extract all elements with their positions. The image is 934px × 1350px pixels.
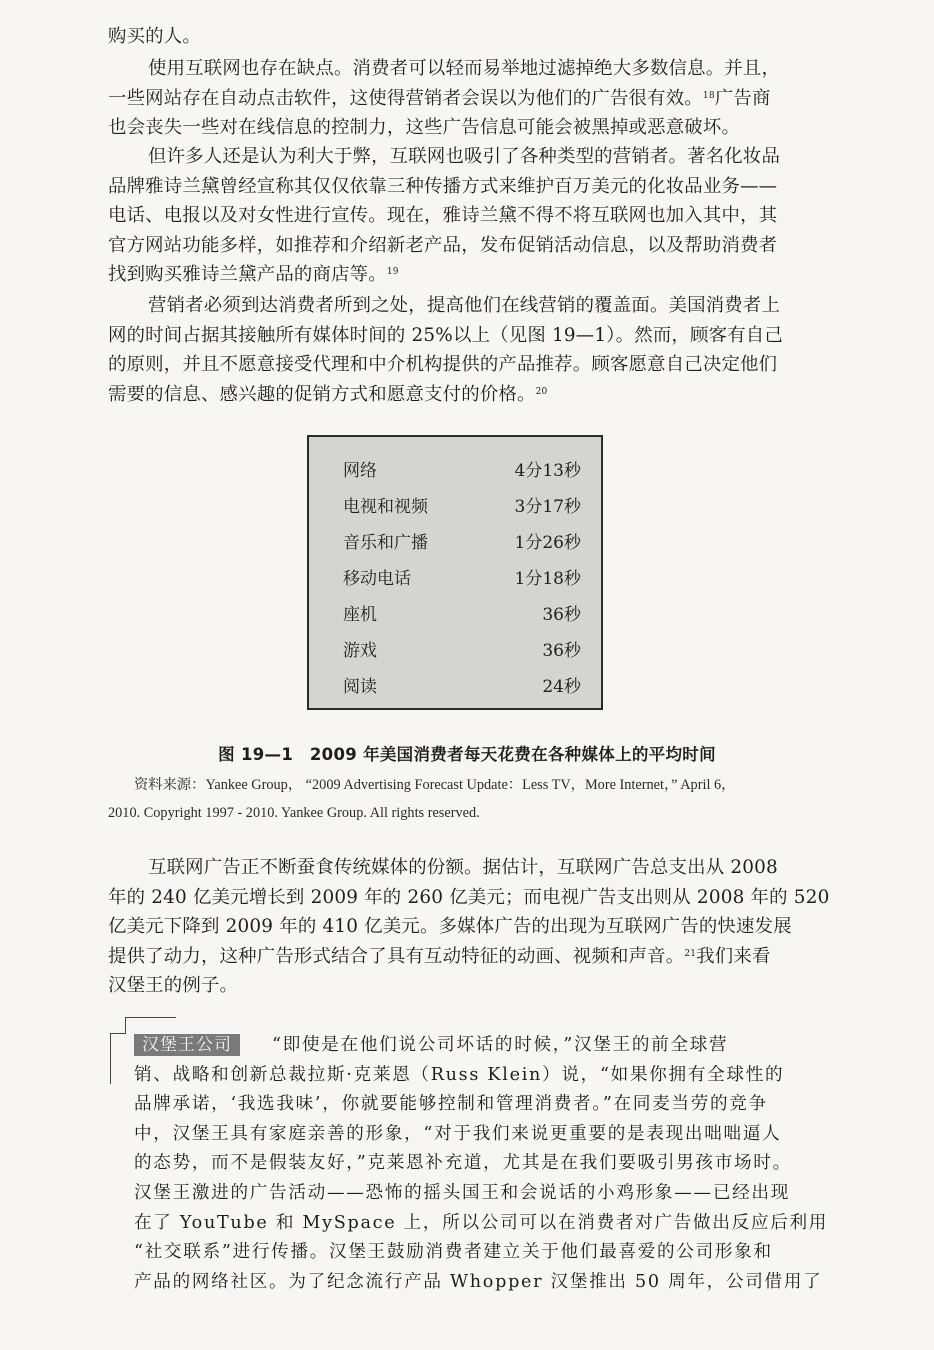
time-value: 1分26秒: [515, 525, 581, 561]
paragraph-internet-drawbacks: 使用互联网也存在缺点。消费者可以轻而易举地过滤掉绝大多数信息。并且， 一些网站存…: [108, 54, 894, 143]
figure-media-time-table: 网络 4分13秒 电视和视频 3分17秒 音乐和广播 1分26秒 移动电话 1分…: [307, 435, 603, 710]
paragraph-online-ad-growth: 互联网广告正不断蚕食传统媒体的份额。据估计，互联网广告总支出从 2008 年的 …: [108, 853, 894, 1001]
table-row: 座机 36秒: [343, 597, 581, 633]
time-value: 3分17秒: [515, 489, 581, 525]
case-box-burger-king: 汉堡王公司“即使是在他们说公司坏话的时候，”汉堡王的前全球营 销、战略和创新总裁…: [134, 1031, 876, 1297]
text-line: 网的时间占据其接触所有媒体时间的 25%以上（见图 19—1）。然而，顾客有自己: [108, 321, 894, 351]
table-row: 音乐和广播 1分26秒: [343, 525, 581, 561]
table-row: 阅读 24秒: [343, 669, 581, 705]
source-line: 2010. Copyright 1997 - 2010. Yankee Grou…: [108, 799, 894, 827]
media-label: 网络: [343, 453, 377, 489]
paragraph-continuation: 购买的人。: [108, 22, 894, 52]
media-label: 座机: [343, 597, 377, 633]
time-value: 1分18秒: [515, 561, 581, 597]
figure-source: 资料来源：Yankee Group， “2009 Advertising For…: [108, 771, 894, 827]
text-line: 中，汉堡王具有家庭亲善的形象，“对于我们来说更重要的是表现出咄咄逼人: [134, 1120, 876, 1150]
source-line: 资料来源：Yankee Group， “2009 Advertising For…: [108, 771, 894, 799]
text-line: 汉堡王的例子。: [108, 971, 894, 1001]
text-line: 但许多人还是认为利大于弊，互联网也吸引了各种类型的营销者。著名化妆品: [108, 142, 894, 172]
table-row: 游戏 36秒: [343, 633, 581, 669]
figure-caption: 图 19—1 2009 年美国消费者每天花费在各种媒体上的平均时间: [0, 741, 934, 765]
text-line: 的原则，并且不愿意接受代理和中介机构提供的产品推荐。顾客愿意自己决定他们: [108, 350, 894, 380]
text-segment: 一些网站存在自动点击软件，这使得营销者会误以为他们的广告很有效。: [108, 88, 703, 109]
text-line: 购买的人。: [108, 22, 894, 52]
media-label: 游戏: [343, 633, 377, 669]
paragraph-estee-lauder: 但许多人还是认为利大于弊，互联网也吸引了各种类型的营销者。著名化妆品 品牌雅诗兰…: [108, 142, 894, 290]
time-value: 4分13秒: [515, 453, 581, 489]
text-line: 产品的网络社区。为了纪念流行产品 Whopper 汉堡推出 50 周年，公司借用…: [134, 1268, 876, 1298]
media-label: 音乐和广播: [343, 525, 428, 561]
time-value: 36秒: [542, 597, 581, 633]
text-line: 需要的信息、感兴趣的促销方式和愿意支付的价格。20: [108, 380, 894, 410]
text-line: 年的 240 亿美元增长到 2009 年的 260 亿美元；而电视广告支出则从 …: [108, 883, 894, 913]
table-row: 移动电话 1分18秒: [343, 561, 581, 597]
text-line: 官方网站功能多样，如推荐和介绍新老产品，发布促销活动信息，以及帮助消费者: [108, 231, 894, 261]
media-label: 阅读: [343, 669, 377, 705]
text-line: 在了 YouTube 和 MySpace 上，所以公司可以在消费者对广告做出反应…: [134, 1209, 876, 1239]
text-segment: 我们来看: [696, 946, 770, 967]
text-segment: 找到购买雅诗兰黛产品的商店等。: [108, 264, 387, 285]
text-line: 找到购买雅诗兰黛产品的商店等。19: [108, 260, 894, 290]
text-line: 也会丧失一些对在线信息的控制力，这些广告信息可能会被黑掉或恶意破坏。: [108, 113, 894, 143]
time-value: 24秒: [542, 669, 581, 705]
text-line: 汉堡王激进的广告活动——恐怖的摇头国王和会说话的小鸡形象——已经出现: [134, 1179, 876, 1209]
text-line: 品牌雅诗兰黛曾经宣称其仅仅依靠三种传播方式来维护百万美元的化妆品业务——: [108, 172, 894, 202]
text-segment: “即使是在他们说公司坏话的时候，”汉堡王的前全球营: [272, 1035, 728, 1055]
text-line: 亿美元下降到 2009 年的 410 亿美元。多媒体广告的出现为互联网广告的快速…: [108, 912, 894, 942]
table-row: 网络 4分13秒: [343, 453, 581, 489]
text-segment: 提供了动力，这种广告形式结合了具有互动特征的动画、视频和声音。: [108, 946, 684, 967]
footnote-ref: 21: [684, 949, 696, 959]
text-line: 使用互联网也存在缺点。消费者可以轻而易举地过滤掉绝大多数信息。并且，: [108, 54, 894, 84]
paragraph-marketer-reach: 营销者必须到达消费者所到之处，提高他们在线营销的覆盖面。美国消费者上 网的时间占…: [108, 291, 894, 409]
media-label: 电视和视频: [343, 489, 428, 525]
table-row: 电视和视频 3分17秒: [343, 489, 581, 525]
footnote-ref: 20: [536, 387, 548, 397]
text-segment: 广告商: [715, 88, 771, 109]
footnote-ref: 18: [703, 91, 715, 101]
text-line: “社交联系”进行传播。汉堡王鼓励消费者建立关于他们最喜爱的公司形象和: [134, 1238, 876, 1268]
text-line: 营销者必须到达消费者所到之处，提高他们在线营销的覆盖面。美国消费者上: [108, 291, 894, 321]
text-line: 一些网站存在自动点击软件，这使得营销者会误以为他们的广告很有效。18广告商: [108, 84, 894, 114]
text-line: 品牌承诺，‘我选我味’，你就要能够控制和管理消费者。”在同麦当劳的竞争: [134, 1090, 876, 1120]
case-badge: 汉堡王公司: [134, 1034, 240, 1056]
footnote-ref: 19: [387, 267, 399, 277]
text-line: 互联网广告正不断蚕食传统媒体的份额。据估计，互联网广告总支出从 2008: [108, 853, 894, 883]
text-line: 电话、电报以及对女性进行宣传。现在，雅诗兰黛不得不将互联网也加入其中，其: [108, 201, 894, 231]
text-line: 销、战略和创新总裁拉斯·克莱恩（Russ Klein）说，“如果你拥有全球性的: [134, 1061, 876, 1091]
media-label: 移动电话: [343, 561, 411, 597]
time-value: 36秒: [542, 633, 581, 669]
text-segment: 需要的信息、感兴趣的促销方式和愿意支付的价格。: [108, 384, 536, 405]
text-line: 的态势，而不是假装友好，”克莱恩补充道，尤其是在我们要吸引男孩市场时。: [134, 1149, 876, 1179]
text-line: 提供了动力，这种广告形式结合了具有互动特征的动画、视频和声音。21我们来看: [108, 942, 894, 972]
text-line: 汉堡王公司“即使是在他们说公司坏话的时候，”汉堡王的前全球营: [94, 1031, 876, 1061]
